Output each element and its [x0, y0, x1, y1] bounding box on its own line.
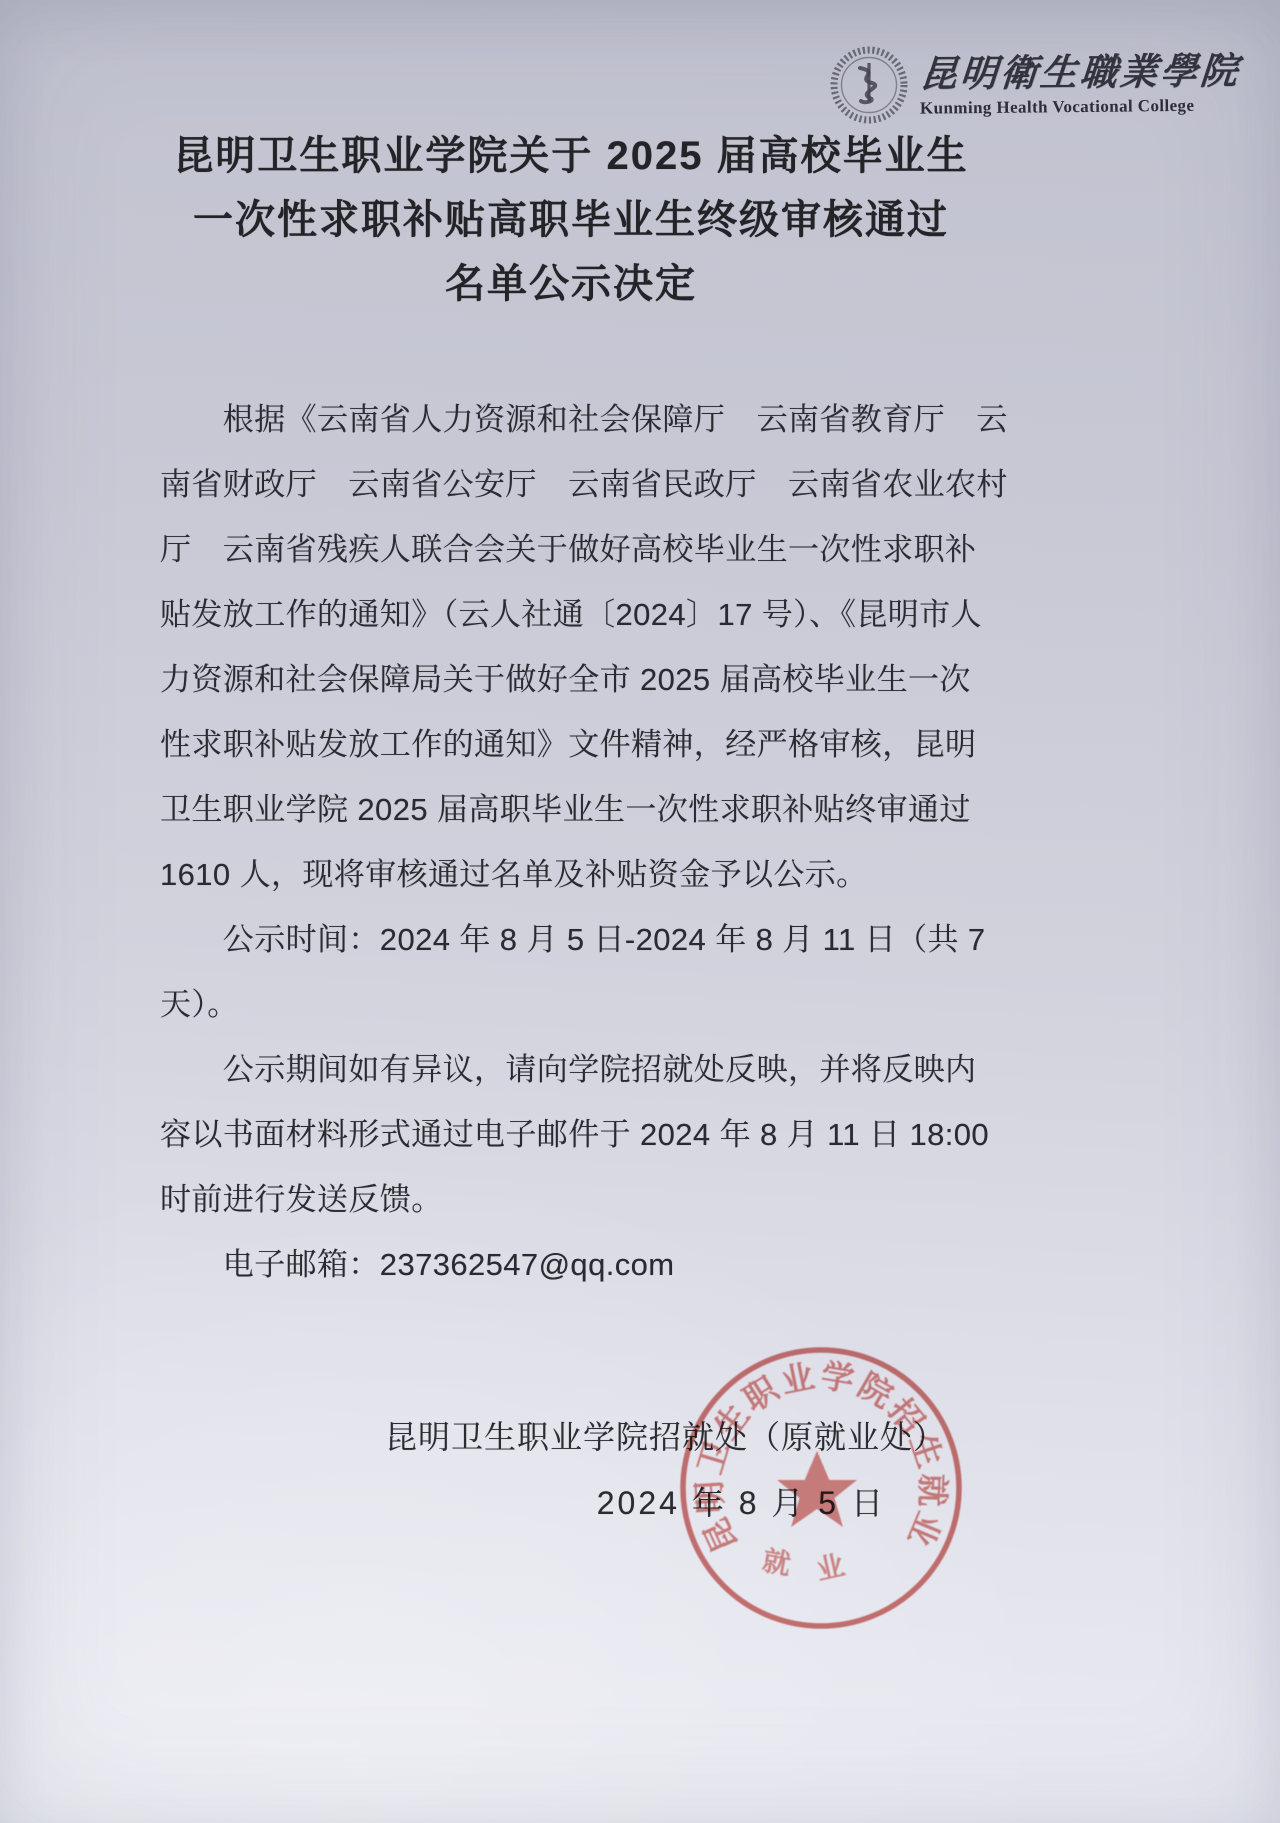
body-text-line: 南省财政厅 云南省公安厅 云南省民政厅 云南省农业农村 [160, 452, 984, 517]
body-text-line: 根据《云南省人力资源和社会保障厅 云南省教育厅 云 [160, 387, 984, 452]
title-line: 昆明卫生职业学院关于 2025 届高校毕业生 [160, 124, 982, 188]
college-emblem-icon [830, 46, 908, 124]
seal-star-icon [777, 1451, 857, 1527]
document-title: 昆明卫生职业学院关于 2025 届高校毕业生一次性求职补贴高职毕业生终级审核通过… [160, 124, 982, 316]
body-text-line: 时前进行发送反馈。 [160, 1167, 984, 1232]
body-text-line: 性求职补贴发放工作的通知》文件精神，经严格审核，昆明 [160, 712, 984, 777]
body-text-line: 公示时间：2024 年 8 月 5 日-2024 年 8 月 11 日（共 7 [160, 907, 984, 972]
body-text-line: 贴发放工作的通知》（云人社通〔2024〕17 号）、《昆明市人 [160, 582, 984, 647]
official-seal: 昆明卫生职业学院招生就业处 就业处 [679, 1345, 965, 1631]
title-line: 一次性求职补贴高职毕业生终级审核通过 [160, 188, 982, 252]
college-logo-text: 昆明衛生職業學院 Kunming Health Vocational Colle… [920, 46, 1240, 117]
body-text-line: 卫生职业学院 2025 届高职毕业生一次性求职补贴终审通过 [160, 777, 984, 842]
body-text-line: 公示期间如有异议，请向学院招就处反映，并将反映内 [160, 1037, 984, 1102]
body-text-line: 天）。 [160, 972, 984, 1037]
svg-text:昆明卫生职业学院招生就业处: 昆明卫生职业学院招生就业处 [679, 1345, 951, 1558]
college-name-english: Kunming Health Vocational College [920, 95, 1240, 118]
body-text-line: 电子邮箱：237362547@qq.com [160, 1232, 984, 1297]
body-text-line: 1610 人，现将审核通过名单及补贴资金予以公示。 [160, 842, 984, 907]
body-text-line: 厅 云南省残疾人联合会关于做好高校毕业生一次性求职补 [160, 517, 984, 582]
college-logo-group: 昆明衛生職業學院 Kunming Health Vocational Colle… [830, 46, 1250, 124]
college-name-calligraphy: 昆明衛生職業學院 [918, 52, 1241, 96]
seal-ring-text: 昆明卫生职业学院招生就业处 [679, 1345, 951, 1558]
title-line: 名单公示决定 [160, 252, 982, 316]
body-text-line: 容以书面材料形式通过电子邮件于 2024 年 8 月 11 日 18:00 [160, 1102, 984, 1167]
document-body: 根据《云南省人力资源和社会保障厅 云南省教育厅 云南省财政厅 云南省公安厅 云南… [160, 387, 984, 1297]
body-text-line: 力资源和社会保障局关于做好全市 2025 届高校毕业生一次 [160, 647, 984, 712]
